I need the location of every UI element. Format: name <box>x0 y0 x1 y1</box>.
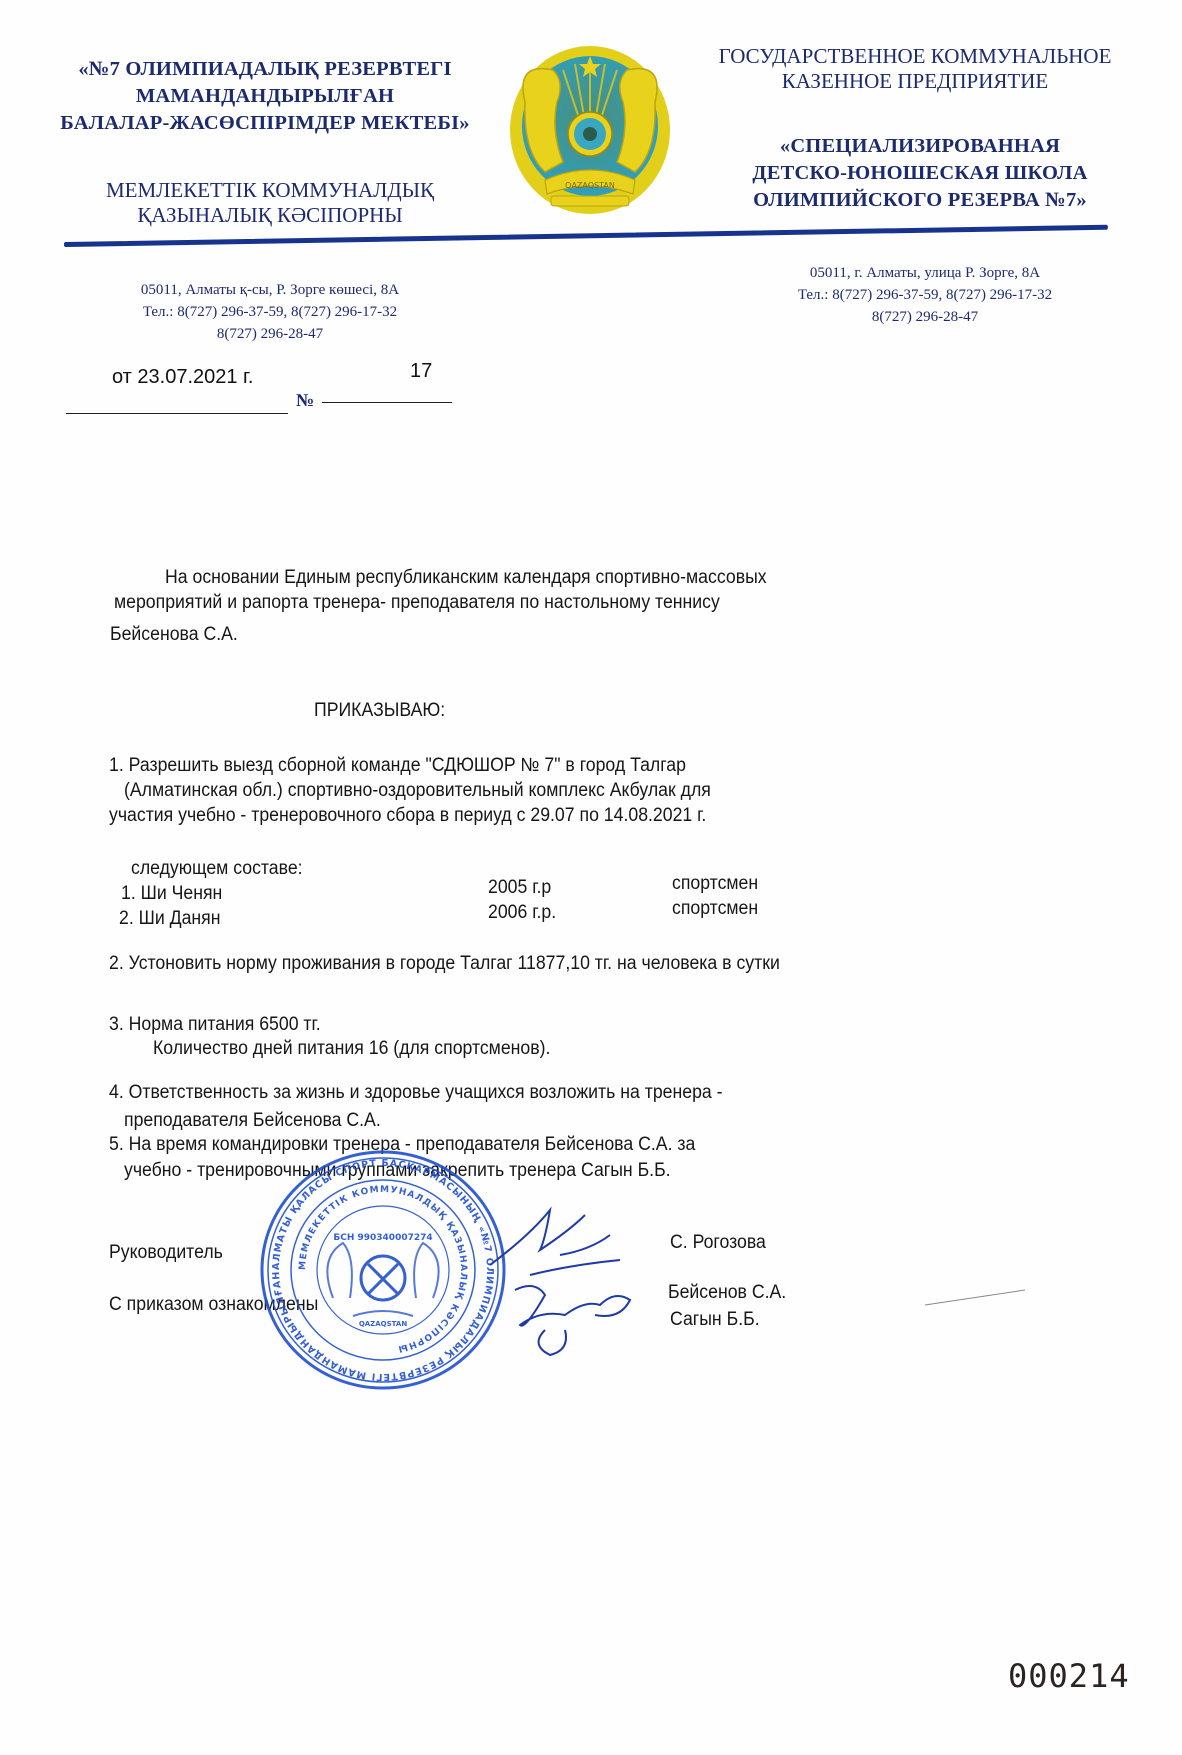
number-underline <box>322 402 452 403</box>
org-type-ru-line: ГОСУДАРСТВЕННОЕ КОММУНАЛЬНОЕ <box>705 44 1125 69</box>
address-ru: 05011, г. Алматы, улица Р. Зорге, 8А Тел… <box>760 262 1090 328</box>
preamble-line: На основании Единым республиканским кале… <box>165 565 767 590</box>
athlete-birth-year: 2005 г.р <box>488 875 551 900</box>
number-sign: № <box>296 390 314 411</box>
item-1-line: 1. Разрешить выезд сборной команде "СДЮШ… <box>109 753 686 778</box>
org-type-kz: МЕМЛЕКЕТТІК КОММУНАЛДЫҚ ҚАЗЫНАЛЫҚ КӘСІПО… <box>80 178 460 228</box>
address-kz-line: 8(727) 296-28-47 <box>100 323 440 345</box>
org-name-ru-line: ДЕТСКО-ЮНОШЕСКАЯ ШКОЛА <box>730 160 1110 187</box>
org-type-ru: ГОСУДАРСТВЕННОЕ КОММУНАЛЬНОЕ КАЗЕННОЕ ПР… <box>705 44 1125 94</box>
svg-text:БСН 990340007274: БСН 990340007274 <box>333 1233 432 1243</box>
item-4-line: преподавателя Бейсенова С.А. <box>124 1108 381 1133</box>
address-kz: 05011, Алматы қ-сы, Р. Зорге көшесі, 8А … <box>100 279 440 345</box>
org-name-ru-line: «СПЕЦИАЛИЗИРОВАННАЯ <box>730 133 1110 160</box>
org-type-ru-line: КАЗЕННОЕ ПРЕДПРИЯТИЕ <box>705 69 1125 94</box>
head-label: Руководитель <box>109 1240 223 1265</box>
address-ru-line: 8(727) 296-28-47 <box>760 306 1090 328</box>
address-kz-line: Тел.: 8(727) 296-37-59, 8(727) 296-17-32 <box>100 301 440 323</box>
svg-text:QAZAQSTAN: QAZAQSTAN <box>359 1320 408 1328</box>
serial-number: 000214 <box>1008 1657 1130 1695</box>
athlete-role: спортсмен <box>672 871 758 896</box>
document-page: «№7 ОЛИМПИАДАЛЫҚ РЕЗЕРВТЕГІ МАМАНДАНДЫРЫ… <box>0 0 1182 1755</box>
pen-mark-icon <box>920 1285 1030 1310</box>
address-kz-line: 05011, Алматы қ-сы, Р. Зорге көшесі, 8А <box>100 279 440 301</box>
preamble-line: мероприятий и рапорта тренера- преподава… <box>114 590 720 615</box>
address-ru-line: 05011, г. Алматы, улица Р. Зорге, 8А <box>760 262 1090 284</box>
org-name-ru: «СПЕЦИАЛИЗИРОВАННАЯ ДЕТСКО-ЮНОШЕСКАЯ ШКО… <box>730 133 1110 214</box>
svg-text:МЕМЛЕКЕТТІК КОММУНАЛДЫҚ ҚАЗЫНА: МЕМЛЕКЕТТІК КОММУНАЛДЫҚ ҚАЗЫНАЛЫҚ КӘСІПО… <box>298 1185 468 1354</box>
item-1-line: (Алматинская обл.) спортивно-оздоровител… <box>124 778 711 803</box>
acknowledged-name: Сагын Б.Б. <box>670 1307 760 1332</box>
item-1-line: участия учебно - тренеровочного сбора в … <box>109 803 706 828</box>
address-ru-line: Тел.: 8(727) 296-37-59, 8(727) 296-17-32 <box>760 284 1090 306</box>
org-name-ru-line: ОЛИМПИЙСКОГО РЕЗЕРВА №7» <box>730 187 1110 214</box>
roster-intro: следующем составе: <box>131 856 303 881</box>
date-underline <box>66 413 288 414</box>
head-name: С. Рогозова <box>670 1230 766 1255</box>
org-name-kz-line: «№7 ОЛИМПИАДАЛЫҚ РЕЗЕРВТЕГІ <box>55 56 475 83</box>
item-3-line: 3. Норма питания 6500 тг. <box>109 1012 321 1037</box>
item-2: 2. Устоновить норму проживания в городе … <box>109 951 780 976</box>
org-type-kz-line: МЕМЛЕКЕТТІК КОММУНАЛДЫҚ <box>80 178 460 203</box>
order-date: от 23.07.2021 г. <box>112 366 253 389</box>
svg-text:QAZAQSTAN: QAZAQSTAN <box>565 181 615 190</box>
preamble-line: Бейсенова С.А. <box>110 622 238 647</box>
state-emblem-icon: QAZAQSTAN <box>505 42 675 217</box>
acknowledged-name: Бейсенов С.А. <box>668 1280 786 1305</box>
athlete-birth-year: 2006 г.р. <box>488 900 556 925</box>
signature-beisenov-icon <box>505 1270 650 1365</box>
org-name-kz: «№7 ОЛИМПИАДАЛЫҚ РЕЗЕРВТЕГІ МАМАНДАНДЫРЫ… <box>55 56 475 137</box>
item-3-line: Количество дней питания 16 (для спортсме… <box>153 1036 550 1061</box>
command-heading: ПРИКАЗЫВАЮ: <box>314 698 445 723</box>
order-number: 17 <box>410 360 432 383</box>
item-4-line: 4. Ответственность за жизнь и здоровье у… <box>109 1080 723 1105</box>
athlete-role: спортсмен <box>672 896 758 921</box>
header-divider <box>64 225 1108 247</box>
athlete-name: 1. Ши Ченян <box>121 881 222 906</box>
org-name-kz-line: БАЛАЛАР-ЖАСӨСПІРІМДЕР МЕКТЕБІ» <box>55 110 475 137</box>
org-type-kz-line: ҚАЗЫНАЛЫҚ КӘСІПОРНЫ <box>80 203 460 228</box>
athlete-name: 2. Ши Данян <box>119 906 221 931</box>
org-name-kz-line: МАМАНДАНДЫРЫЛҒАН <box>55 83 475 110</box>
